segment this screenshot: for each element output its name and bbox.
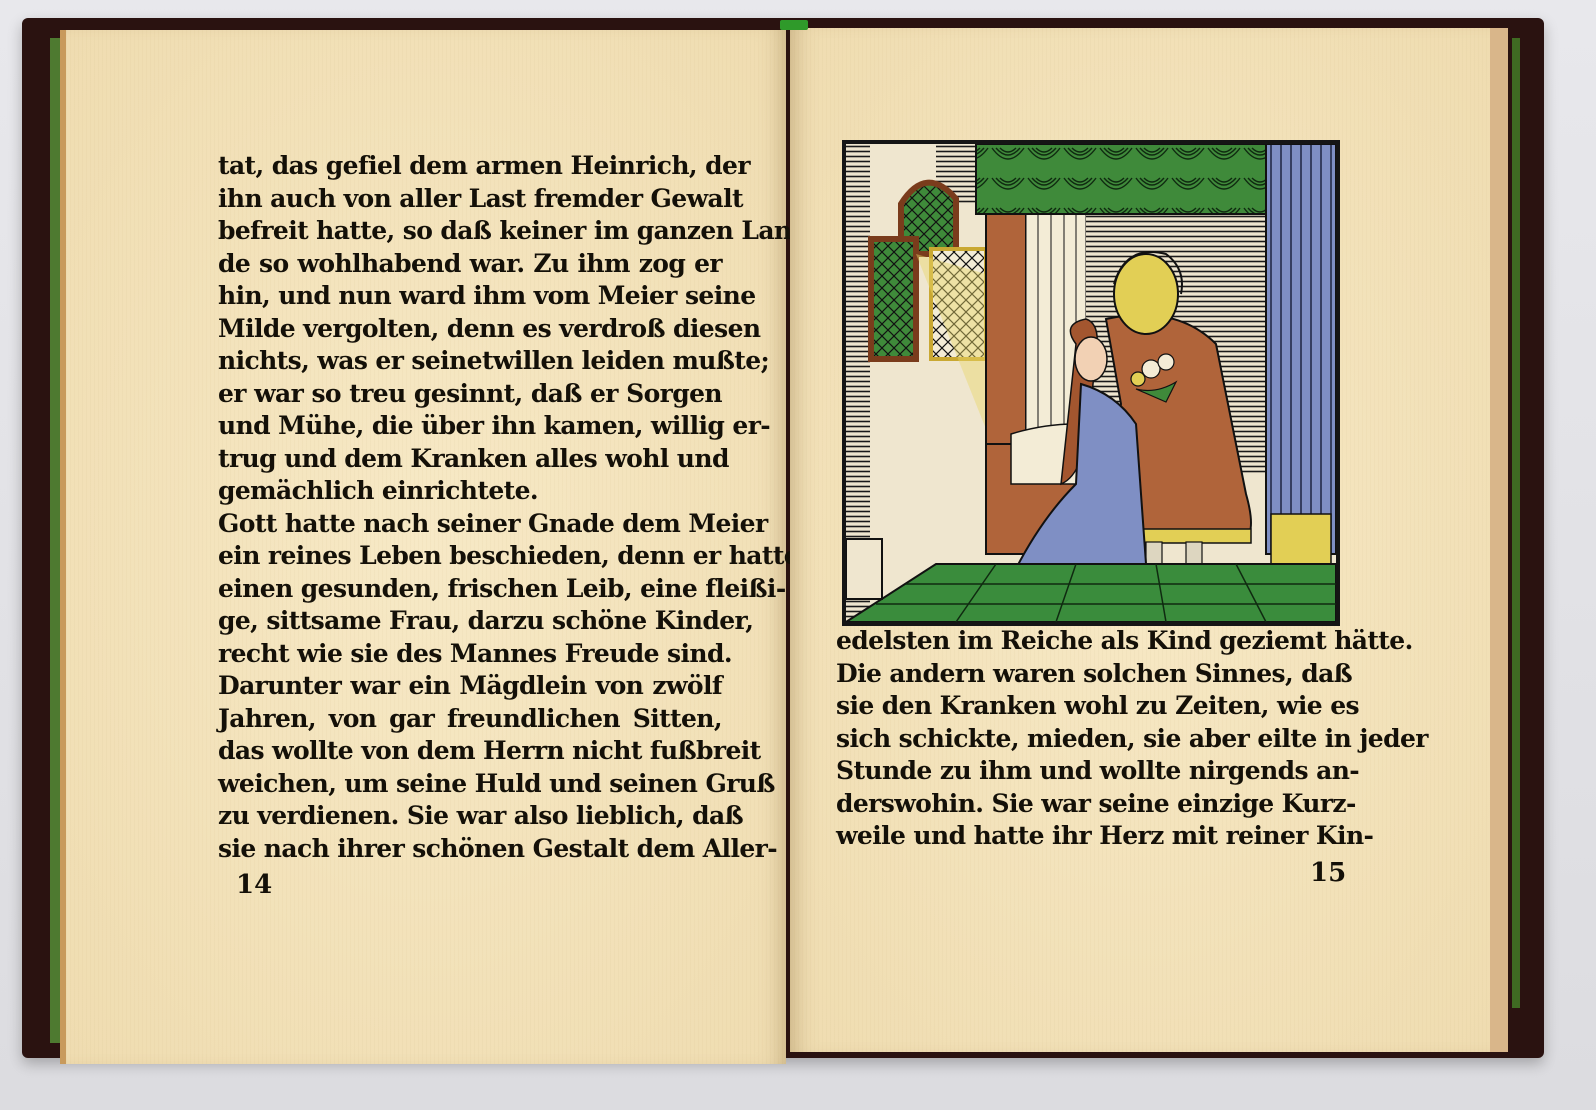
text-line: Jahren, von gar freundlichen Sitten,	[218, 703, 722, 736]
text-line: befreit hatte, so daß keiner im ganzen L…	[218, 215, 722, 248]
text-line: ge, sittsame Frau, darzu schöne Kinder,	[218, 605, 722, 638]
text-line: weile und hatte ihr Herz mit reiner Kin-	[836, 820, 1338, 853]
text-line: und Mühe, die über ihn kamen, willig er-	[218, 410, 722, 443]
text-line: Milde vergolten, denn es verdroß diesen	[218, 313, 722, 346]
text-line: derswohin. Sie war seine einzige Kurz-	[836, 788, 1338, 821]
text-line: Gott hatte nach seiner Gnade dem Meier	[218, 508, 722, 541]
text-line: Die andern waren solchen Sinnes, daß	[836, 658, 1338, 691]
text-line: de so wohlhabend war. Zu ihm zog er	[218, 248, 722, 281]
text-line: sie den Kranken wohl zu Zeiten, wie es	[836, 690, 1338, 723]
text-line: edelsten im Reiche als Kind geziemt hätt…	[836, 625, 1338, 658]
text-line: ihn auch von aller Last fremder Gewalt	[218, 183, 722, 216]
right-page-text: edelsten im Reiche als Kind geziemt hätt…	[836, 625, 1338, 853]
text-line: er war so treu gesinnt, daß er Sorgen	[218, 378, 722, 411]
page-number-left: 14	[236, 870, 272, 900]
text-line: einen gesunden, frischen Leib, eine flei…	[218, 573, 722, 606]
text-line: recht wie sie des Mannes Freude sind.	[218, 638, 722, 671]
text-line: tat, das gefiel dem armen Heinrich, der	[218, 150, 722, 183]
text-line: gemächlich einrichtete.	[218, 475, 722, 508]
text-line: Stunde zu ihm und wollte nirgends an-	[836, 755, 1338, 788]
text-line: hin, und nun ward ihm vom Meier seine	[218, 280, 722, 313]
text-line: das wollte von dem Herrn nicht fußbreit	[218, 735, 722, 768]
text-line: ein reines Leben beschieden, denn er hat…	[218, 540, 722, 573]
text-line: trug und dem Kranken alles wohl und	[218, 443, 722, 476]
left-page-text: tat, das gefiel dem armen Heinrich, der …	[218, 150, 722, 865]
spine-headband	[780, 20, 808, 30]
page-number-right: 15	[1310, 858, 1346, 888]
text-line: weichen, um seine Huld und seinen Gruß	[218, 768, 722, 801]
left-page: tat, das gefiel dem armen Heinrich, der …	[60, 30, 786, 1064]
text-line: sie nach ihrer schönen Gestalt dem Aller…	[218, 833, 722, 866]
text-line: zu verdienen. Sie war also lieblich, daß	[218, 800, 722, 833]
text-line: Darunter war ein Mägdlein von zwölf	[218, 670, 722, 703]
cover-green-edge-left	[50, 38, 60, 1043]
text-line: sich schickte, mieden, sie aber eilte in…	[836, 723, 1338, 756]
cover-green-edge-right	[1512, 38, 1520, 1008]
woodcut-illustration	[842, 140, 1340, 626]
text-line: nichts, was er seinetwillen leiden mußte…	[218, 345, 722, 378]
right-page: edelsten im Reiche als Kind geziemt hätt…	[790, 28, 1508, 1052]
